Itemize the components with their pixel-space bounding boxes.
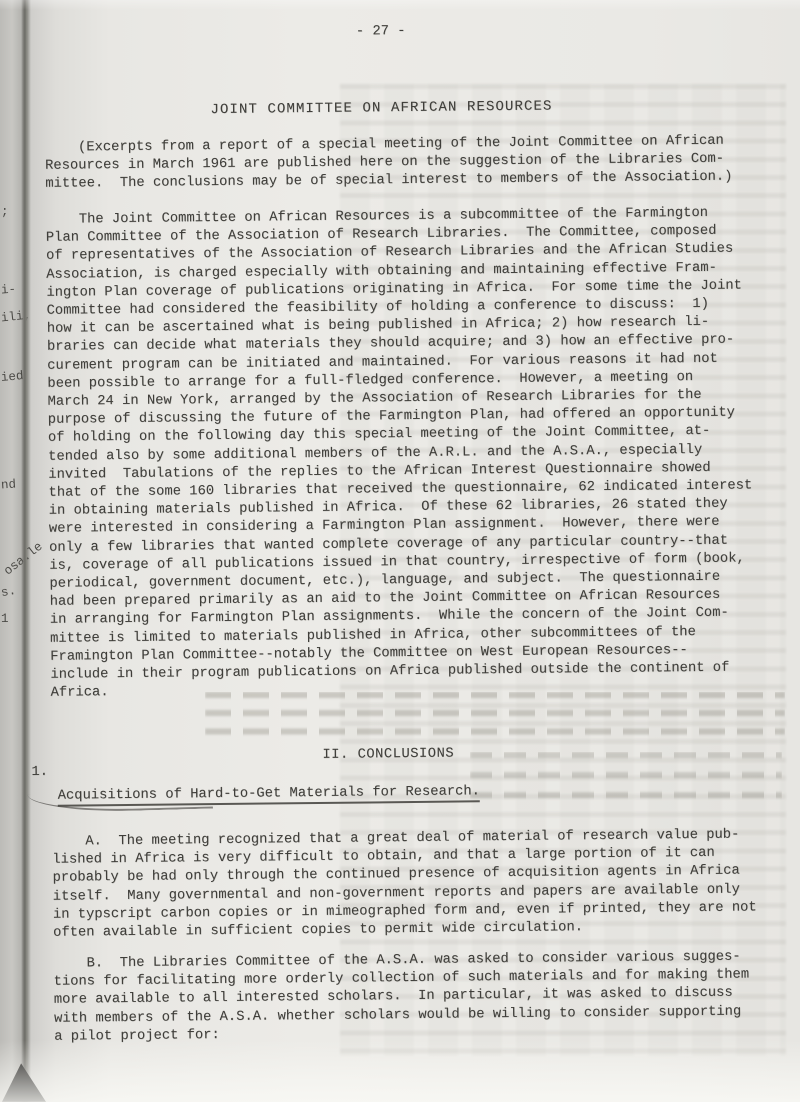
list-item-number: 1. <box>31 765 48 780</box>
document-title: JOINT COMMITTEE ON AFRICAN RESOURCES <box>44 96 768 120</box>
gutter-fragment: ied <box>0 369 24 385</box>
section-heading: II. CONCLUSIONS <box>51 743 775 766</box>
binding-crease <box>23 0 27 1102</box>
gutter-fragment: i- <box>1 282 17 297</box>
gutter-fragment: nd <box>1 477 17 492</box>
paragraph-a: A. The meeting recognized that a great d… <box>52 826 757 943</box>
page-number: - 27 - <box>44 20 768 43</box>
gutter-fragment: s. <box>0 584 17 600</box>
underline-flourish <box>28 789 213 813</box>
gutter-fragment: 1 <box>1 612 9 626</box>
gutter-fragment: ; <box>1 205 9 219</box>
excerpt-note: (Excerpts from a report of a special mee… <box>45 133 733 195</box>
left-page-edge: ;i-ili,iedndosa.les.1 <box>0 0 22 1102</box>
scanned-document-page: ;i-ili,iedndosa.les.1 - 27 - JOINT COMMI… <box>0 0 800 1102</box>
main-paragraph: The Joint Committee on African Resources… <box>46 204 755 703</box>
subsection-heading: Acquisitions of Hard-to-Get Materials fo… <box>58 784 480 803</box>
page-content: - 27 - JOINT COMMITTEE ON AFRICAN RESOUR… <box>43 0 779 1102</box>
paragraph-b: B. The Libraries Committee of the A.S.A.… <box>53 948 749 1046</box>
